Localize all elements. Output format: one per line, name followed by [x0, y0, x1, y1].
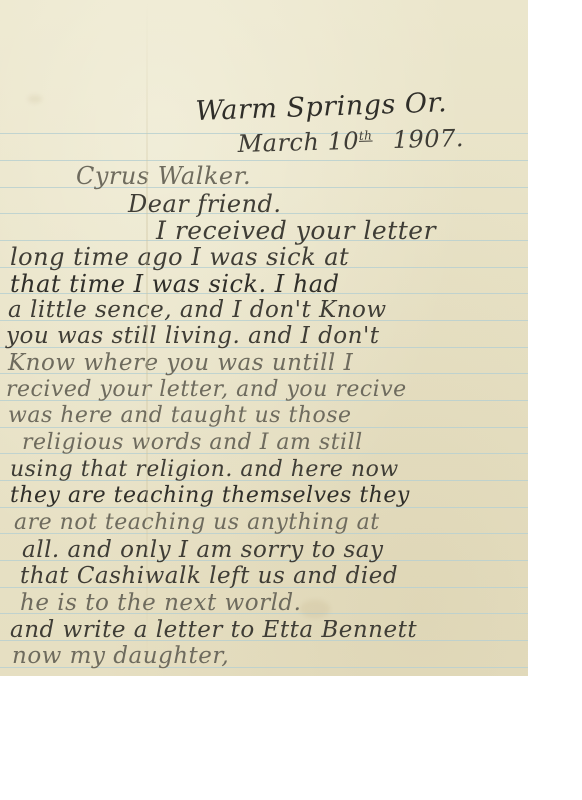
body-line: a little sence, and I don't Know	[8, 297, 387, 323]
body-line: Know where you was untill I	[8, 350, 353, 376]
body-line: was here and taught us those	[8, 403, 352, 428]
date-year: 1907.	[392, 124, 464, 154]
date-ordinal: th	[359, 128, 373, 142]
date-month-day: March 10	[237, 127, 359, 158]
body-line: they are teaching themselves they	[10, 483, 410, 508]
body-line: all. and only I am sorry to say	[22, 537, 384, 563]
letter-page: Warm Springs Or. March 10th 1907. Cyrus …	[0, 0, 528, 676]
body-line: long time ago I was sick at	[10, 243, 349, 271]
body-line: that time I was sick. I had	[10, 270, 339, 298]
letter-salutation: Dear friend.	[128, 190, 282, 218]
body-line: I received your letter	[156, 216, 436, 245]
body-line: he is to the next world.	[20, 590, 301, 616]
body-line: using that religion. and here now	[10, 457, 399, 482]
ruled-line	[0, 160, 528, 161]
letter-date: March 10th 1907.	[237, 124, 464, 158]
body-line: you was still living. and I don't	[6, 323, 380, 349]
body-line: religious words and I am still	[22, 430, 363, 455]
body-line: and write a letter to Etta Bennett	[10, 617, 417, 643]
paper-stain	[28, 95, 42, 103]
body-line: recived your letter, and you recive	[6, 377, 407, 402]
paper-stain	[300, 600, 330, 618]
body-line: are not teaching us anything at	[14, 510, 380, 535]
body-line: now my daughter,	[12, 643, 229, 669]
letter-place: Warm Springs Or.	[195, 87, 448, 127]
body-line: that Cashiwalk left us and died	[20, 563, 398, 589]
letter-addressee: Cyrus Walker.	[76, 162, 251, 190]
